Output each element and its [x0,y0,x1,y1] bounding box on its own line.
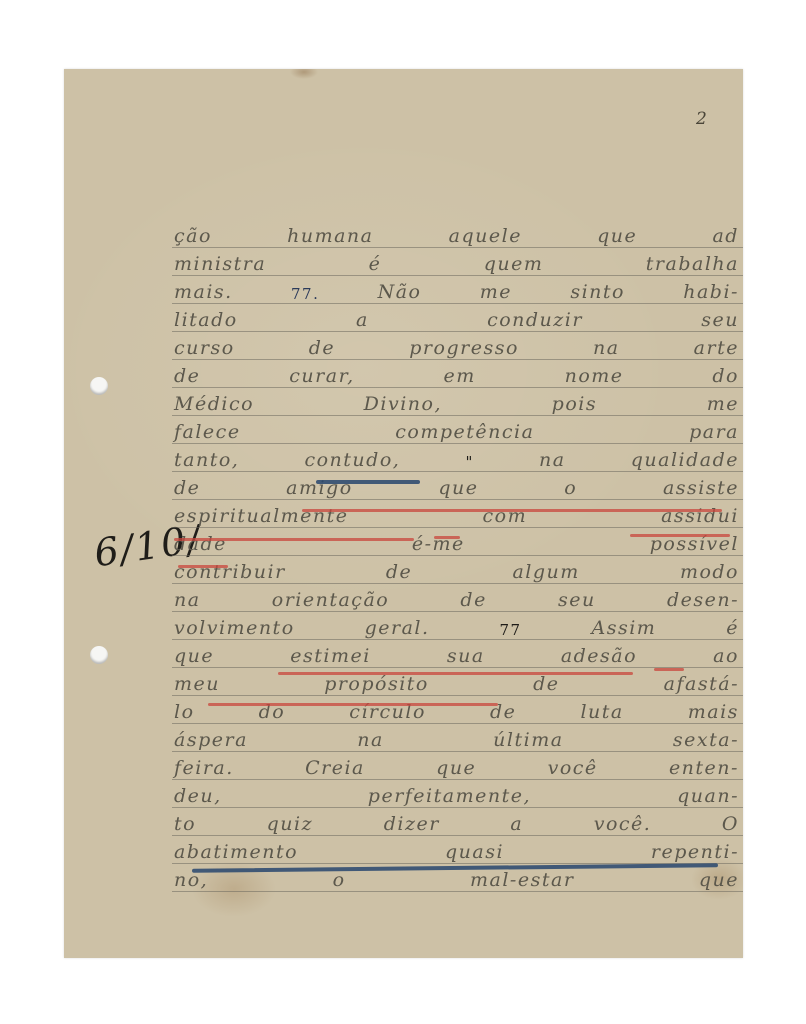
word: competência [395,421,534,443]
text-line: mais.77.Nãomesintohabi- [174,279,739,303]
word: ao [713,645,739,667]
word: de [386,561,412,583]
word: tanto, [174,449,239,471]
ruled-line [172,303,743,304]
red-underline-sua-adesao [278,672,633,675]
word: algum [512,561,579,583]
red-underline-ao [654,668,684,671]
word: Divino, [364,393,442,415]
word: feira. [174,757,234,779]
word: que [436,757,476,779]
word: ção [174,225,212,247]
word: contudo, [304,449,400,471]
word: na [357,729,384,751]
word: to [174,813,196,835]
word: me [707,393,739,415]
text-line: tanto,contudo,"naqualidade [174,447,739,471]
word: última [493,729,563,751]
word: dade [174,533,227,555]
text-line: falececompetênciapara [174,419,739,443]
word: sinto [570,281,625,303]
word: nome [565,365,624,387]
word: áspera [174,729,248,751]
text-line: toquizdizeravocê.O [174,811,739,835]
word: 77 [499,621,521,639]
text-line: deamigoqueoassiste [174,475,739,499]
ruled-line [172,611,743,612]
ruled-line [172,639,743,640]
word: que [174,645,214,667]
word: arte [694,337,739,359]
word: mal-estar [470,869,574,891]
word: " [465,453,473,471]
word: assiste [663,477,739,499]
word: o [333,869,346,891]
ruled-line [172,443,743,444]
text-line: espiritualmentecomassidui [174,503,739,527]
text-line: çãohumanaaquelequead [174,223,739,247]
word: volvimento [174,617,295,639]
page-number: 2 [696,109,707,129]
red-underline-amigo-assiste [302,509,722,512]
word: humana [287,225,373,247]
word: que [597,225,637,247]
ruled-line [172,555,743,556]
word: Assim [591,617,656,639]
word: modo [680,561,739,583]
word: enten- [669,757,739,779]
word: seu [558,589,596,611]
word: quem [484,253,544,275]
word: você [548,757,598,779]
word: mais. [174,281,233,303]
ruled-line [172,751,743,752]
word: é [726,617,739,639]
word: Creia [305,757,365,779]
ruled-line [172,331,743,332]
text-line: feira.Creiaquevocêenten- [174,755,739,779]
word: meu [174,673,220,695]
ruled-line [172,499,743,500]
word: em [443,365,475,387]
word: aquele [449,225,522,247]
word: repenti- [651,841,739,863]
text-line: litadoaconduzirseu [174,307,739,331]
red-underline-dade [178,565,228,568]
word: trabalha [646,253,739,275]
text-line: deu,perfeitamente,quan- [174,783,739,807]
word: falece [174,421,241,443]
punch-hole-bottom [90,646,108,664]
word: do [712,365,739,387]
word: afastá- [664,673,739,695]
word: é [369,253,382,275]
word: quan- [677,785,739,807]
word: que [699,869,739,891]
ruled-line [172,275,743,276]
punch-hole-top [90,377,108,395]
word: adesão [561,645,637,667]
word: desen- [667,589,739,611]
ruled-line [172,891,743,892]
red-underline-com [434,536,460,539]
ruled-line [172,695,743,696]
ruled-line [172,779,743,780]
word: progresso [409,337,519,359]
ruled-line [172,835,743,836]
word: de [533,673,559,695]
text-line: ásperanaúltimasexta- [174,727,739,751]
word: orientação [272,589,389,611]
word: qualidade [631,449,739,471]
word: luta [580,701,623,723]
word: lo [174,701,195,723]
word: curar, [289,365,354,387]
word: seu [701,309,739,331]
word: sua [447,645,485,667]
word: O [722,813,739,835]
text-line: naorientaçãodeseudesen- [174,587,739,611]
word: você. [594,813,652,835]
word: habi- [683,281,739,303]
word: litado [174,309,238,331]
word: a [510,813,523,835]
word: de [174,365,200,387]
word: propósito [324,673,429,695]
word: o [564,477,577,499]
text-line: MédicoDivino,poisme [174,391,739,415]
ruled-line [172,723,743,724]
word: 77. [291,285,319,303]
text-line: queestimeisuaadesãoao [174,643,739,667]
word: na [593,337,620,359]
word: ad [712,225,739,247]
word: que [438,477,478,499]
manuscript-page: 2 6/10/ çãohumanaaquelequeadministraéque… [64,69,743,958]
word: conduzir [487,309,583,331]
word: deu, [174,785,222,807]
word: de [460,589,486,611]
word: ministra [174,253,266,275]
word: para [689,421,739,443]
ruled-line [172,527,743,528]
word: de [174,477,200,499]
text-line: decurar,emnomedo [174,363,739,387]
word: abatimento [174,841,298,863]
word: curso [174,337,235,359]
ruled-line [172,807,743,808]
ruled-line [172,247,743,248]
text-line: cursodeprogressonaarte [174,335,739,359]
text-line: volvimentogeral.77Assimé [174,615,739,639]
word: na [174,589,201,611]
red-underline-espiritualmente [174,538,414,541]
text-line: abatimentoquasirepenti- [174,839,739,863]
word: na [539,449,566,471]
word: quasi [445,841,504,863]
word: dizer [384,813,440,835]
word: quiz [267,813,314,835]
ruled-line [172,415,743,416]
ruled-line [172,387,743,388]
word: perfeitamente, [368,785,531,807]
red-underline-assidui [630,534,730,537]
text-line: contribuirdealgummodo [174,559,739,583]
ruled-line [172,583,743,584]
word: sexta- [673,729,739,751]
word: Médico [174,393,254,415]
ruled-line [172,359,743,360]
word: a [356,309,369,331]
text-line: ministraéquemtrabalha [174,251,739,275]
word: de [309,337,335,359]
red-underline-meu-proposito [208,703,498,706]
word: geral. [365,617,430,639]
word: Não [378,281,422,303]
blue-underline-contudo [316,480,420,484]
word: pois [552,393,597,415]
word: me [480,281,512,303]
ruled-line [172,471,743,472]
word: mais [688,701,739,723]
word: estimei [290,645,371,667]
